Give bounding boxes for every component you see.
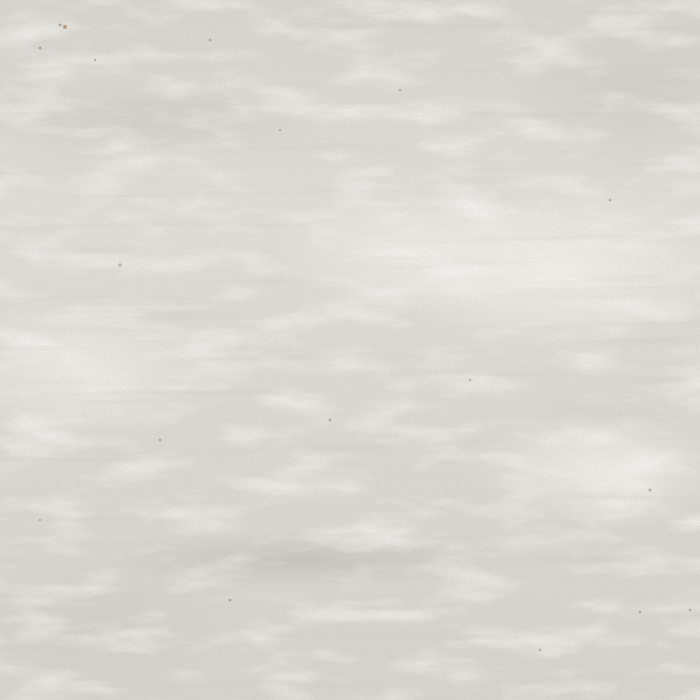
concrete-texture	[0, 0, 700, 700]
texture-noise-overlay	[0, 0, 700, 700]
